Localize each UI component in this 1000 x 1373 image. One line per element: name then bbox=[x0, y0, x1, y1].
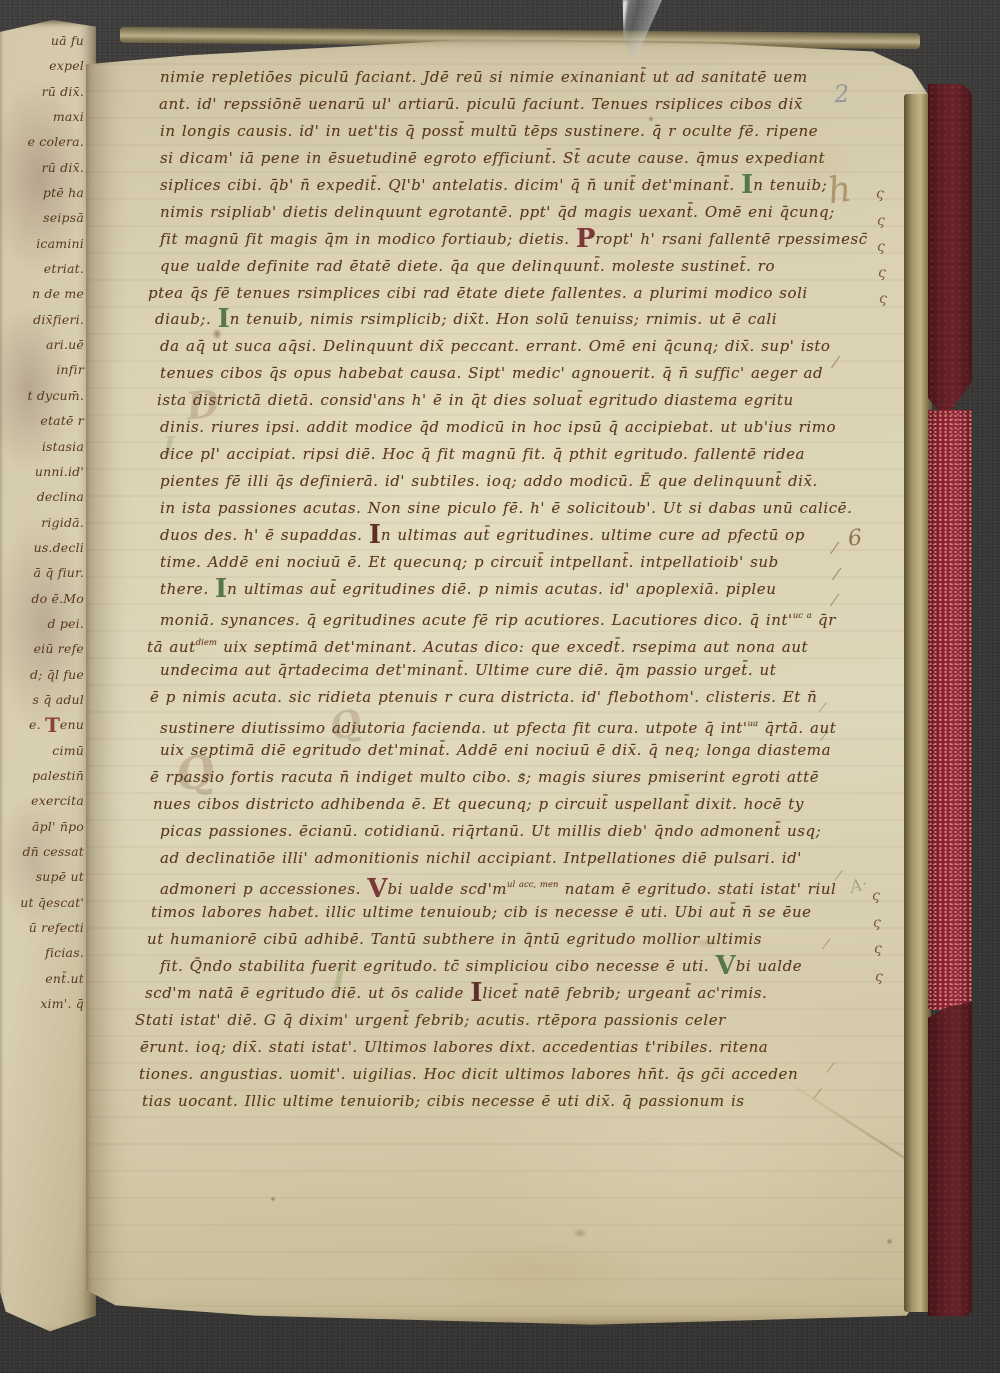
decorated-initial: uc a bbox=[793, 611, 812, 621]
text-run: tiones. angustias. uomit'. uigilias. Hoc… bbox=[139, 1065, 798, 1083]
text-run: tenues cibos q̄s opus habebat causa. Sip… bbox=[160, 364, 823, 382]
text-run: fit. Q̄ndo stabilita fuerit egritudo. tc… bbox=[160, 957, 716, 975]
left-page-text-column: uā fuexpelrū dix̄.maxie colera.rū dix̄.p… bbox=[0, 28, 84, 1016]
text-line: tiones. angustias. uomit'. uigilias. Hoc… bbox=[135, 1061, 905, 1088]
margin-mark: ς bbox=[876, 186, 884, 202]
red-cloth-spine-edge bbox=[928, 410, 972, 1010]
text-run: fit magnū fit magis q̄m in modico fortia… bbox=[160, 230, 576, 248]
text-run: pientes fē illi q̄s definierā. id' subti… bbox=[160, 472, 818, 490]
text-line: palestin̄ bbox=[0, 763, 84, 788]
parchment-stain bbox=[692, 938, 720, 948]
parchment-stain bbox=[520, 772, 525, 777]
text-line: uix septimā diē egritudo det'minat̄. Add… bbox=[135, 737, 905, 764]
decorated-initial: diem bbox=[196, 638, 217, 648]
parchment-stain bbox=[648, 116, 654, 122]
text-run: e. bbox=[29, 717, 45, 732]
text-run: sustinere diutissimo adiutoria facienda.… bbox=[160, 719, 748, 737]
margin-mark: ς bbox=[875, 969, 883, 985]
text-run: nues cibos districto adhibenda ē. Et que… bbox=[153, 795, 804, 813]
text-run: rū dix̄. bbox=[42, 160, 84, 175]
text-line: d; q̄l fue bbox=[0, 662, 84, 687]
text-run: ficias. bbox=[45, 945, 84, 960]
text-run: n tenuib, nimis rsimplicib; dix̄t. Hon s… bbox=[230, 310, 777, 328]
text-run: n ultimas aut̄ egritudines. ultime cure … bbox=[381, 526, 805, 544]
text-run: ē p nimis acuta. sic ridieta ptenuis r c… bbox=[150, 688, 817, 706]
text-line: n de me bbox=[0, 281, 84, 306]
decorated-initial: V bbox=[716, 951, 736, 981]
text-run: nimie repletiōes piculū faciant. Jdē reū… bbox=[160, 68, 808, 86]
text-run: da aq̄ ut suca aq̄si. Delinquunt dix̄ pe… bbox=[160, 337, 831, 355]
text-line: scd'm natā ē egritudo diē. ut ōs calide … bbox=[135, 980, 905, 1007]
text-line: exercita bbox=[0, 788, 84, 813]
text-line: etriat. bbox=[0, 256, 84, 281]
text-line: nimie repletiōes piculū faciant. Jdē reū… bbox=[135, 64, 905, 91]
text-run: bi ualde bbox=[736, 957, 802, 975]
folio-number-pencil: 2 bbox=[833, 80, 850, 109]
text-line: ē p nimis acuta. sic ridieta ptenuis r c… bbox=[135, 684, 905, 711]
text-run: si dicam' iā pene in ēsuetudinē egroto e… bbox=[160, 149, 825, 167]
text-line: uā fu bbox=[0, 28, 84, 53]
text-run: scd'm natā ē egritudo diē. ut ōs calide bbox=[145, 984, 470, 1002]
text-line: ari.uē bbox=[0, 332, 84, 357]
text-run: d; q̄l fue bbox=[30, 667, 84, 682]
text-line: rū dix̄. bbox=[0, 155, 84, 180]
text-line: t dycum̄. bbox=[0, 383, 84, 408]
text-line: ant. id' repssiōnē uenarū ul' artiarū. p… bbox=[135, 91, 905, 118]
text-line: d pei. bbox=[0, 611, 84, 636]
text-line: tias uocant. Illic ultime tenuiorib; cib… bbox=[135, 1088, 905, 1115]
text-run: ut humaniorē cibū adhibē. Tantū subthere… bbox=[147, 930, 762, 948]
text-line: nimis rsipliab' dietis delinquunt egrota… bbox=[135, 199, 905, 226]
text-run: dix̄fieri. bbox=[33, 312, 84, 327]
margin-mark: ς bbox=[872, 888, 880, 904]
text-run: istasia bbox=[42, 439, 84, 454]
fore-edge-leaf-stack bbox=[904, 94, 931, 1312]
text-line: ista districtā dietā. consid'ans h' ē in… bbox=[135, 387, 905, 414]
text-run: ū refecti bbox=[29, 920, 84, 935]
text-line: ptea q̄s fē tenues rsimplices cibi rad ē… bbox=[135, 280, 905, 307]
text-run: unni.id' bbox=[35, 464, 84, 479]
text-line: maxi bbox=[0, 104, 84, 129]
text-run: q̄r bbox=[812, 611, 836, 629]
text-line: ut q̄escat' bbox=[0, 890, 84, 915]
text-line: xim'. q̄ bbox=[0, 991, 84, 1016]
text-run: nimis rsipliab' dietis delinquunt egrota… bbox=[160, 203, 835, 221]
left-facing-page: uā fuexpelrū dix̄.maxie colera.rū dix̄.p… bbox=[0, 20, 96, 1334]
text-line: dix̄fieri. bbox=[0, 307, 84, 332]
text-run: licet̄ natē febrib; urgeant̄ ac'rimis. bbox=[482, 984, 767, 1002]
text-line: Stati istat' diē. G q̄ dixim' urgent̄ fe… bbox=[135, 1007, 905, 1034]
text-line: ptē ha bbox=[0, 180, 84, 205]
text-line: e colera. bbox=[0, 129, 84, 154]
text-run: uix septimā det'minant. Acutas dico: que… bbox=[217, 638, 808, 656]
text-line: ū refecti bbox=[0, 915, 84, 940]
text-line: s q̄ adul bbox=[0, 687, 84, 712]
decorated-initial: I bbox=[369, 520, 381, 550]
text-run: diaub;. bbox=[155, 310, 218, 328]
text-line: declina bbox=[0, 484, 84, 509]
text-line: fit. Q̄ndo stabilita fuerit egritudo. tc… bbox=[135, 953, 905, 980]
text-run: in ista passiones acutas. Non sine picul… bbox=[160, 499, 852, 517]
text-run: admoneri p accessiones. bbox=[160, 880, 367, 898]
text-line: seipsā bbox=[0, 205, 84, 230]
text-run: etatē r bbox=[40, 413, 84, 428]
text-line: nues cibos districto adhibenda ē. Et que… bbox=[135, 791, 905, 818]
text-line: ent̄.ut bbox=[0, 966, 84, 991]
photo-stage: uā fuexpelrū dix̄.maxie colera.rū dix̄.p… bbox=[0, 0, 1000, 1373]
leather-corner-bottom bbox=[928, 1002, 972, 1316]
text-run: in longis causis. id' in uet'tis q̄ poss… bbox=[160, 122, 818, 140]
text-line: cimū bbox=[0, 738, 84, 763]
text-run: ptē ha bbox=[43, 185, 84, 200]
text-line: in longis causis. id' in uet'tis q̄ poss… bbox=[135, 118, 905, 145]
decorated-initial: T bbox=[45, 713, 60, 737]
text-line: infir bbox=[0, 357, 84, 382]
text-run: ent̄.ut bbox=[45, 971, 84, 986]
text-line: timos labores habet. illic ultime tenuio… bbox=[135, 899, 905, 926]
parchment-stain bbox=[572, 1228, 588, 1238]
text-line: do ē.Mo bbox=[0, 586, 84, 611]
text-run: supē ut bbox=[36, 869, 84, 884]
text-line: moniā. synances. q̄ egritudines acute fē… bbox=[135, 603, 905, 630]
text-run: cimū bbox=[52, 743, 84, 758]
text-line: tenues cibos q̄s opus habebat causa. Sip… bbox=[135, 360, 905, 387]
margin-mark: ς bbox=[873, 915, 881, 931]
text-run: there. bbox=[160, 580, 215, 598]
text-run: enu bbox=[60, 717, 84, 732]
text-run: ista districtā dietā. consid'ans h' ē in… bbox=[157, 391, 794, 409]
text-run: que ualde definite rad ētatē diete. q̄a … bbox=[160, 257, 775, 275]
text-line: fit magnū fit magis q̄m in modico fortia… bbox=[135, 226, 905, 253]
text-line: da aq̄ ut suca aq̄si. Delinquunt dix̄ pe… bbox=[135, 333, 905, 360]
text-run: bi ualde scd'm bbox=[387, 880, 507, 898]
text-run: ptea q̄s fē tenues rsimplices cibi rad ē… bbox=[148, 284, 808, 302]
text-run: dinis. riures ipsi. addit modice q̄d mod… bbox=[160, 418, 836, 436]
text-run: exercita bbox=[31, 793, 84, 808]
red-binding bbox=[928, 84, 972, 1316]
text-run: declina bbox=[37, 489, 84, 504]
text-line: diaub;. In tenuib, nimis rsimplicib; dix… bbox=[135, 306, 905, 333]
text-run: eiū refe bbox=[34, 641, 84, 656]
text-run: duos des. h' ē supaddas. bbox=[160, 526, 369, 544]
text-run: natam ē egritudo. stati istat' riul bbox=[558, 880, 836, 898]
text-line: dinis. riures ipsi. addit modice q̄d mod… bbox=[135, 414, 905, 441]
text-run: n ultimas aut̄ egritudines diē. p nimis … bbox=[227, 580, 776, 598]
text-run: rigidā. bbox=[41, 515, 84, 530]
text-line: picas passiones. ēcianū. cotidianū. riq̄… bbox=[135, 818, 905, 845]
text-run: picas passiones. ēcianū. cotidianū. riq̄… bbox=[160, 822, 821, 840]
text-line: supē ut bbox=[0, 864, 84, 889]
text-line: ā q̄ fiur. bbox=[0, 560, 84, 585]
text-line: rū dix̄. bbox=[0, 79, 84, 104]
text-line: ē rpassio fortis racuta n̄ indiget multo… bbox=[135, 764, 905, 791]
text-line: āpl' n̄po bbox=[0, 814, 84, 839]
text-line: etatē r bbox=[0, 408, 84, 433]
text-run: tā aut bbox=[147, 638, 196, 656]
text-run: maxi bbox=[53, 109, 84, 124]
text-line: ad declinatiōe illi' admonitionis nichil… bbox=[135, 845, 905, 872]
text-line: icamini bbox=[0, 231, 84, 256]
text-run: us.decli bbox=[34, 540, 84, 555]
text-line: undecima aut q̄rtadecima det'minant̄. Ul… bbox=[135, 657, 905, 684]
leather-corner-top bbox=[928, 84, 972, 418]
margin-mark: ς bbox=[874, 941, 882, 957]
text-run: ant. id' repssiōnē uenarū ul' artiarū. p… bbox=[159, 95, 803, 113]
decorated-initial: I bbox=[741, 170, 753, 200]
text-line: dn̄ cessat bbox=[0, 839, 84, 864]
text-run: palestin̄ bbox=[32, 768, 84, 783]
text-run: expel bbox=[49, 58, 84, 73]
text-run: n de me bbox=[32, 286, 84, 301]
text-line: ficias. bbox=[0, 940, 84, 965]
text-run: ā q̄ fiur. bbox=[34, 565, 84, 580]
text-line: in ista passiones acutas. Non sine picul… bbox=[135, 495, 905, 522]
text-line: rigidā. bbox=[0, 510, 84, 535]
margin-mark: ς bbox=[877, 213, 885, 229]
parchment-stain bbox=[886, 1238, 893, 1245]
margin-mark: ς bbox=[878, 265, 886, 281]
parchment-stain bbox=[270, 1196, 276, 1202]
parchment-stain bbox=[420, 1240, 660, 1300]
text-run: icamini bbox=[36, 236, 84, 251]
text-run: seipsā bbox=[43, 210, 84, 225]
text-run: timos labores habet. illic ultime tenuio… bbox=[151, 903, 812, 921]
margin-mark: ς bbox=[879, 291, 887, 307]
text-run: e colera. bbox=[28, 134, 85, 149]
text-run: time. Addē eni nociuū ē. Et quecunq; p c… bbox=[160, 553, 779, 571]
text-run: moniā. synances. q̄ egritudines acute fē… bbox=[160, 611, 793, 629]
text-run: do ē.Mo bbox=[31, 591, 84, 606]
text-run: ari.uē bbox=[46, 337, 84, 352]
text-run: infir bbox=[56, 362, 84, 377]
text-run: āpl' n̄po bbox=[32, 819, 84, 834]
decorated-initial: P bbox=[576, 224, 596, 254]
text-run: dn̄ cessat bbox=[22, 844, 84, 859]
text-line: there. In ultimas aut̄ egritudines diē. … bbox=[135, 576, 905, 603]
text-run: xim'. q̄ bbox=[40, 996, 84, 1011]
margin-mark: 6 bbox=[847, 525, 864, 551]
text-run: ad declinatiōe illi' admonitionis nichil… bbox=[160, 849, 802, 867]
text-run: dice pl' accipiat. ripsi diē. Hoc q̄ fit… bbox=[160, 445, 805, 463]
parchment-stain bbox=[306, 505, 311, 510]
text-run: s q̄ adul bbox=[33, 692, 84, 707]
text-line: e. Tenu bbox=[0, 712, 84, 737]
text-line: duos des. h' ē supaddas. In ultimas aut̄… bbox=[135, 522, 905, 549]
text-line: us.decli bbox=[0, 535, 84, 560]
text-run: uix septimā diē egritudo det'minat̄. Add… bbox=[160, 741, 831, 759]
text-run: Stati istat' diē. G q̄ dixim' urgent̄ fe… bbox=[135, 1011, 726, 1029]
text-line: sustinere diutissimo adiutoria facienda.… bbox=[135, 711, 905, 738]
parchment-stain bbox=[760, 140, 860, 186]
text-run: ut q̄escat' bbox=[20, 895, 84, 910]
parchment-stain bbox=[212, 328, 222, 340]
decorated-initial: I bbox=[470, 978, 482, 1008]
main-text-block: nimie repletiōes piculū faciant. Jdē reū… bbox=[135, 64, 905, 1115]
text-line: time. Addē eni nociuū ē. Et quecunq; p c… bbox=[135, 549, 905, 576]
text-line: pientes fē illi q̄s definierā. id' subti… bbox=[135, 468, 905, 495]
text-run: d pei. bbox=[47, 616, 84, 631]
text-run: rū dix̄. bbox=[42, 84, 84, 99]
text-line: ērunt. ioq; dix̄. stati istat'. Ultimos … bbox=[135, 1034, 905, 1061]
decorated-initial: ul acc, men bbox=[507, 880, 558, 890]
text-run: etriat. bbox=[44, 261, 84, 276]
decorated-initial: ua bbox=[748, 719, 759, 729]
text-line: tā autdiem uix septimā det'minant. Acuta… bbox=[135, 630, 905, 657]
text-line: eiū refe bbox=[0, 636, 84, 661]
text-run: siplices cibi. q̄b' n̄ expedit̄. Ql'b' a… bbox=[160, 176, 741, 194]
decorated-initial: I bbox=[215, 574, 227, 604]
text-line: admoneri p accessiones. Vbi ualde scd'mu… bbox=[135, 872, 905, 899]
text-line: ut humaniorē cibū adhibē. Tantū subthere… bbox=[135, 926, 905, 953]
margin-mark: ς bbox=[877, 239, 885, 255]
text-line: dice pl' accipiat. ripsi diē. Hoc q̄ fit… bbox=[135, 441, 905, 468]
text-run: ropt' h' rsani fallentē rpessimesc̄ bbox=[595, 230, 867, 248]
text-line: unni.id' bbox=[0, 459, 84, 484]
text-run: uā fu bbox=[51, 33, 84, 48]
text-line: que ualde definite rad ētatē diete. q̄a … bbox=[135, 253, 905, 280]
text-run: ērunt. ioq; dix̄. stati istat'. Ultimos … bbox=[140, 1038, 768, 1056]
text-run: t dycum̄. bbox=[27, 388, 84, 403]
text-run: ē rpassio fortis racuta n̄ indiget multo… bbox=[150, 768, 819, 786]
text-line: expel bbox=[0, 53, 84, 78]
text-line: istasia bbox=[0, 434, 84, 459]
text-run: undecima aut q̄rtadecima det'minant̄. Ul… bbox=[160, 661, 776, 679]
text-run: tias uocant. Illic ultime tenuiorib; cib… bbox=[142, 1092, 745, 1110]
